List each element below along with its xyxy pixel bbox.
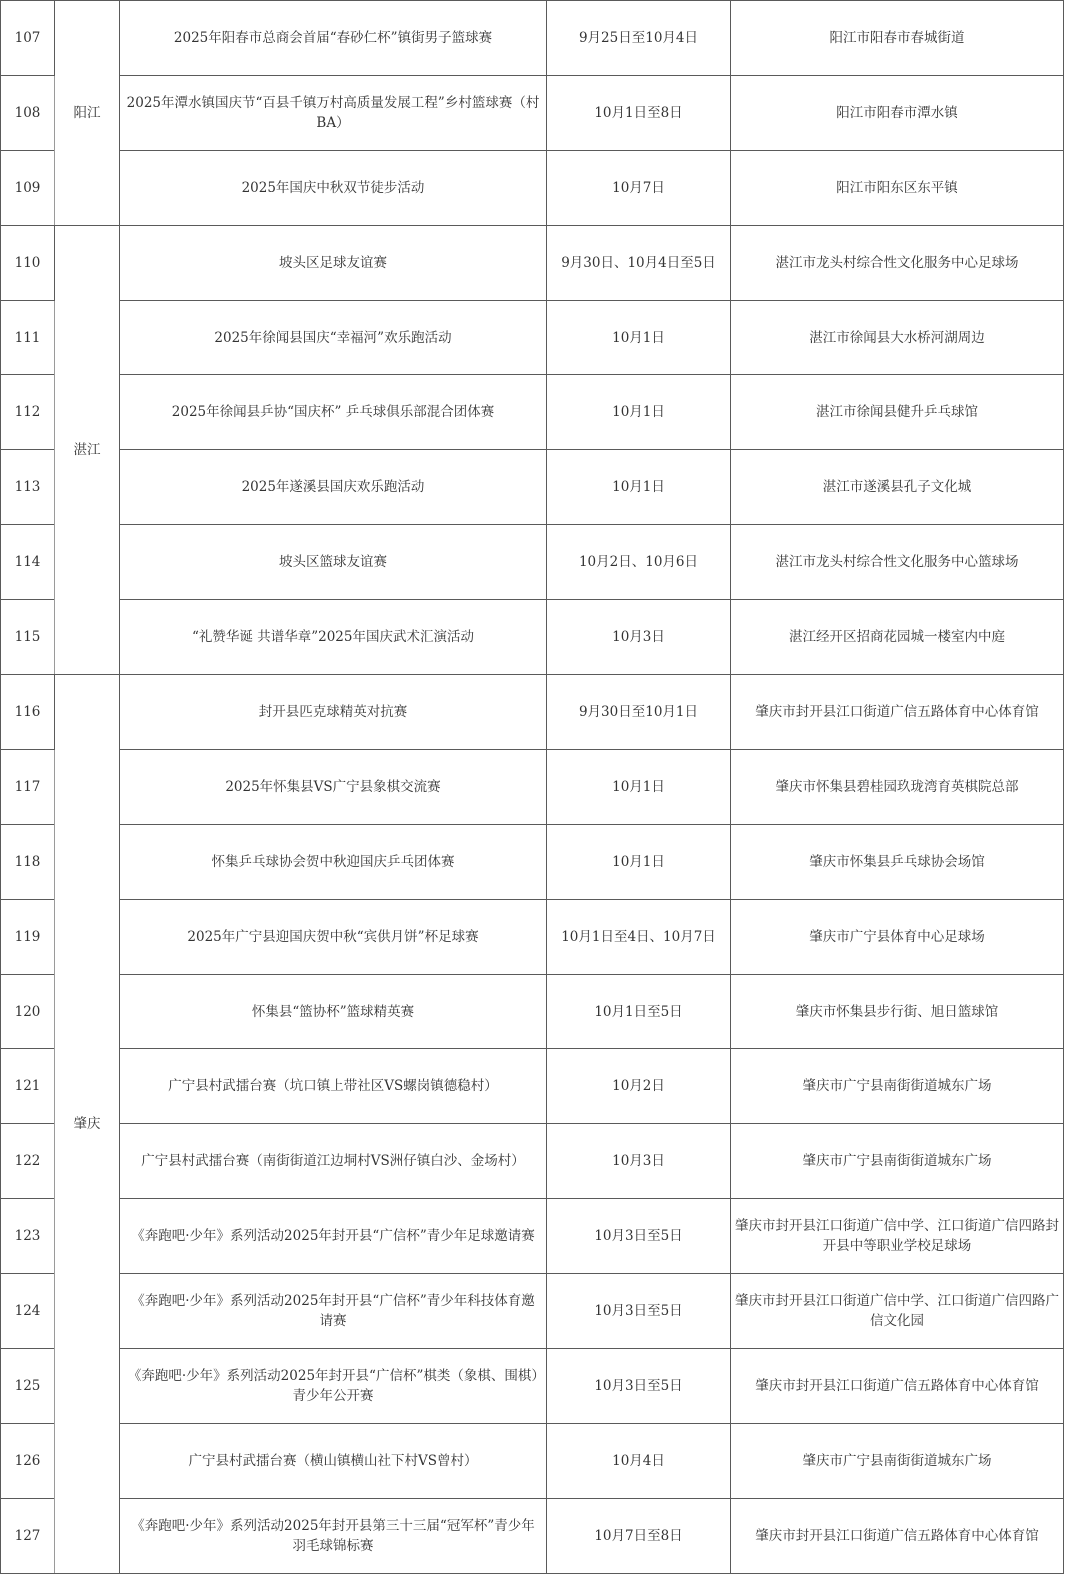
row-number-cell: 125 [1,1349,55,1424]
table-row: 118怀集乒乓球协会贺中秋迎国庆乒乓团体赛10月1日肇庆市怀集县乒乓球协会场馆 [1,824,1064,899]
event-name-cell: 封开县匹克球精英对抗赛 [120,675,547,750]
table-row: 125《奔跑吧·少年》系列活动2025年封开县“广信杯”棋类（象棋、围棋）青少年… [1,1349,1064,1424]
event-name-cell: 2025年国庆中秋双节徒步活动 [120,150,547,225]
event-name-cell: 《奔跑吧·少年》系列活动2025年封开县“广信杯”棋类（象棋、围棋）青少年公开赛 [120,1349,547,1424]
table-row: 124《奔跑吧·少年》系列活动2025年封开县“广信杯”青少年科技体育邀请赛10… [1,1274,1064,1349]
event-date-cell: 10月1日至4日、10月7日 [547,899,731,974]
row-number-cell: 119 [1,899,55,974]
table-row: 110湛江坡头区足球友谊赛9月30日、10月4日至5日湛江市龙头村综合性文化服务… [1,225,1064,300]
region-cell: 湛江 [55,225,120,674]
table-row: 126广宁县村武擂台赛（横山镇横山社下村VS曾村）10月4日肇庆市广宁县南街街道… [1,1423,1064,1498]
event-name-cell: 广宁县村武擂台赛（横山镇横山社下村VS曾村） [120,1423,547,1498]
event-name-cell: 广宁县村武擂台赛（南街街道江边垌村VS洲仔镇白沙、金场村） [120,1124,547,1199]
event-date-cell: 10月1日 [547,375,731,450]
event-date-cell: 9月30日至10月1日 [547,675,731,750]
row-number-cell: 109 [1,150,55,225]
row-number-cell: 127 [1,1498,55,1573]
event-date-cell: 9月30日、10月4日至5日 [547,225,731,300]
event-place-cell: 湛江市徐闻县大水桥河湖周边 [731,300,1064,375]
event-place-cell: 阳江市阳东区东平镇 [731,150,1064,225]
event-date-cell: 10月2日、10月6日 [547,525,731,600]
row-number-cell: 112 [1,375,55,450]
event-place-cell: 肇庆市封开县江口街道广信五路体育中心体育馆 [731,675,1064,750]
table-row: 1132025年遂溪县国庆欢乐跑活动10月1日湛江市遂溪县孔子文化城 [1,450,1064,525]
event-date-cell: 9月25日至10月4日 [547,1,731,76]
event-name-cell: 坡头区足球友谊赛 [120,225,547,300]
row-number-cell: 120 [1,974,55,1049]
event-place-cell: 肇庆市广宁县南街街道城东广场 [731,1124,1064,1199]
row-number-cell: 126 [1,1423,55,1498]
table-row: 116肇庆封开县匹克球精英对抗赛9月30日至10月1日肇庆市封开县江口街道广信五… [1,675,1064,750]
event-name-cell: 2025年广宁县迎国庆贺中秋“宾供月饼”杯足球赛 [120,899,547,974]
row-number-cell: 108 [1,75,55,150]
event-date-cell: 10月3日至5日 [547,1349,731,1424]
table-row: 120怀集县“篮协杯”篮球精英赛10月1日至5日肇庆市怀集县步行街、旭日篮球馆 [1,974,1064,1049]
table-row: 1122025年徐闻县乒协“国庆杯” 乒乓球俱乐部混合团体赛10月1日湛江市徐闻… [1,375,1064,450]
row-number-cell: 116 [1,675,55,750]
row-number-cell: 118 [1,824,55,899]
event-name-cell: 2025年潭水镇国庆节“百县千镇万村高质量发展工程”乡村篮球赛（村BA） [120,75,547,150]
event-name-cell: 《奔跑吧·少年》系列活动2025年封开县“广信杯”青少年足球邀请赛 [120,1199,547,1274]
row-number-cell: 114 [1,525,55,600]
row-number-cell: 111 [1,300,55,375]
event-date-cell: 10月2日 [547,1049,731,1124]
row-number-cell: 123 [1,1199,55,1274]
event-place-cell: 湛江经开区招商花园城一楼室内中庭 [731,600,1064,675]
row-number-cell: 122 [1,1124,55,1199]
event-date-cell: 10月1日至8日 [547,75,731,150]
event-date-cell: 10月1日 [547,824,731,899]
event-place-cell: 肇庆市封开县江口街道广信中学、江口街道广信四路广信文化园 [731,1274,1064,1349]
event-place-cell: 肇庆市怀集县碧桂园玖珑湾育英棋院总部 [731,749,1064,824]
row-number-cell: 124 [1,1274,55,1349]
event-name-cell: 怀集县“篮协杯”篮球精英赛 [120,974,547,1049]
table-row: 1082025年潭水镇国庆节“百县千镇万村高质量发展工程”乡村篮球赛（村BA）1… [1,75,1064,150]
region-cell: 肇庆 [55,675,120,1574]
table-row: 121广宁县村武擂台赛（坑口镇上带社区VS螺岗镇德稳村）10月2日肇庆市广宁县南… [1,1049,1064,1124]
table-row: 122广宁县村武擂台赛（南街街道江边垌村VS洲仔镇白沙、金场村）10月3日肇庆市… [1,1124,1064,1199]
event-name-cell: 怀集乒乓球协会贺中秋迎国庆乒乓团体赛 [120,824,547,899]
table-row: 1112025年徐闻县国庆“幸福河”欢乐跑活动10月1日湛江市徐闻县大水桥河湖周… [1,300,1064,375]
event-date-cell: 10月4日 [547,1423,731,1498]
event-place-cell: 肇庆市封开县江口街道广信中学、江口街道广信四路封开县中等职业学校足球场 [731,1199,1064,1274]
table-row: 123《奔跑吧·少年》系列活动2025年封开县“广信杯”青少年足球邀请赛10月3… [1,1199,1064,1274]
table-row: 127《奔跑吧·少年》系列活动2025年封开县第三十三届“冠军杯”青少年羽毛球锦… [1,1498,1064,1573]
event-name-cell: 2025年徐闻县国庆“幸福河”欢乐跑活动 [120,300,547,375]
event-name-cell: 坡头区篮球友谊赛 [120,525,547,600]
event-name-cell: 广宁县村武擂台赛（坑口镇上带社区VS螺岗镇德稳村） [120,1049,547,1124]
row-number-cell: 113 [1,450,55,525]
event-name-cell: “礼赞华诞 共谱华章”2025年国庆武术汇演活动 [120,600,547,675]
table-row: 115“礼赞华诞 共谱华章”2025年国庆武术汇演活动10月3日湛江经开区招商花… [1,600,1064,675]
event-name-cell: 《奔跑吧·少年》系列活动2025年封开县第三十三届“冠军杯”青少年羽毛球锦标赛 [120,1498,547,1573]
table-row: 114坡头区篮球友谊赛10月2日、10月6日湛江市龙头村综合性文化服务中心篮球场 [1,525,1064,600]
event-date-cell: 10月7日 [547,150,731,225]
event-name-cell: 《奔跑吧·少年》系列活动2025年封开县“广信杯”青少年科技体育邀请赛 [120,1274,547,1349]
table-row: 1192025年广宁县迎国庆贺中秋“宾供月饼”杯足球赛10月1日至4日、10月7… [1,899,1064,974]
row-number-cell: 117 [1,749,55,824]
table-row: 107阳江2025年阳春市总商会首届“春砂仁杯”镇街男子篮球赛9月25日至10月… [1,1,1064,76]
event-name-cell: 2025年怀集县VS广宁县象棋交流赛 [120,749,547,824]
event-date-cell: 10月1日 [547,450,731,525]
event-date-cell: 10月1日 [547,300,731,375]
event-date-cell: 10月7日至8日 [547,1498,731,1573]
event-place-cell: 肇庆市广宁县南街街道城东广场 [731,1423,1064,1498]
event-place-cell: 阳江市阳春市春城街道 [731,1,1064,76]
event-place-cell: 肇庆市封开县江口街道广信五路体育中心体育馆 [731,1349,1064,1424]
event-date-cell: 10月3日 [547,600,731,675]
event-date-cell: 10月1日至5日 [547,974,731,1049]
table-row: 1092025年国庆中秋双节徒步活动10月7日阳江市阳东区东平镇 [1,150,1064,225]
row-number-cell: 110 [1,225,55,300]
event-date-cell: 10月1日 [547,749,731,824]
event-place-cell: 湛江市遂溪县孔子文化城 [731,450,1064,525]
region-cell: 阳江 [55,1,120,226]
event-place-cell: 肇庆市怀集县乒乓球协会场馆 [731,824,1064,899]
event-name-cell: 2025年徐闻县乒协“国庆杯” 乒乓球俱乐部混合团体赛 [120,375,547,450]
events-table: 107阳江2025年阳春市总商会首届“春砂仁杯”镇街男子篮球赛9月25日至10月… [0,0,1064,1574]
event-place-cell: 肇庆市怀集县步行街、旭日篮球馆 [731,974,1064,1049]
event-date-cell: 10月3日至5日 [547,1274,731,1349]
event-place-cell: 肇庆市封开县江口街道广信五路体育中心体育馆 [731,1498,1064,1573]
event-name-cell: 2025年阳春市总商会首届“春砂仁杯”镇街男子篮球赛 [120,1,547,76]
row-number-cell: 115 [1,600,55,675]
event-date-cell: 10月3日 [547,1124,731,1199]
table-row: 1172025年怀集县VS广宁县象棋交流赛10月1日肇庆市怀集县碧桂园玖珑湾育英… [1,749,1064,824]
event-date-cell: 10月3日至5日 [547,1199,731,1274]
events-table-body: 107阳江2025年阳春市总商会首届“春砂仁杯”镇街男子篮球赛9月25日至10月… [1,1,1064,1574]
event-place-cell: 阳江市阳春市潭水镇 [731,75,1064,150]
event-name-cell: 2025年遂溪县国庆欢乐跑活动 [120,450,547,525]
row-number-cell: 121 [1,1049,55,1124]
event-place-cell: 肇庆市广宁县体育中心足球场 [731,899,1064,974]
event-place-cell: 湛江市龙头村综合性文化服务中心篮球场 [731,525,1064,600]
event-place-cell: 肇庆市广宁县南街街道城东广场 [731,1049,1064,1124]
event-place-cell: 湛江市徐闻县健升乒乓球馆 [731,375,1064,450]
event-place-cell: 湛江市龙头村综合性文化服务中心足球场 [731,225,1064,300]
row-number-cell: 107 [1,1,55,76]
